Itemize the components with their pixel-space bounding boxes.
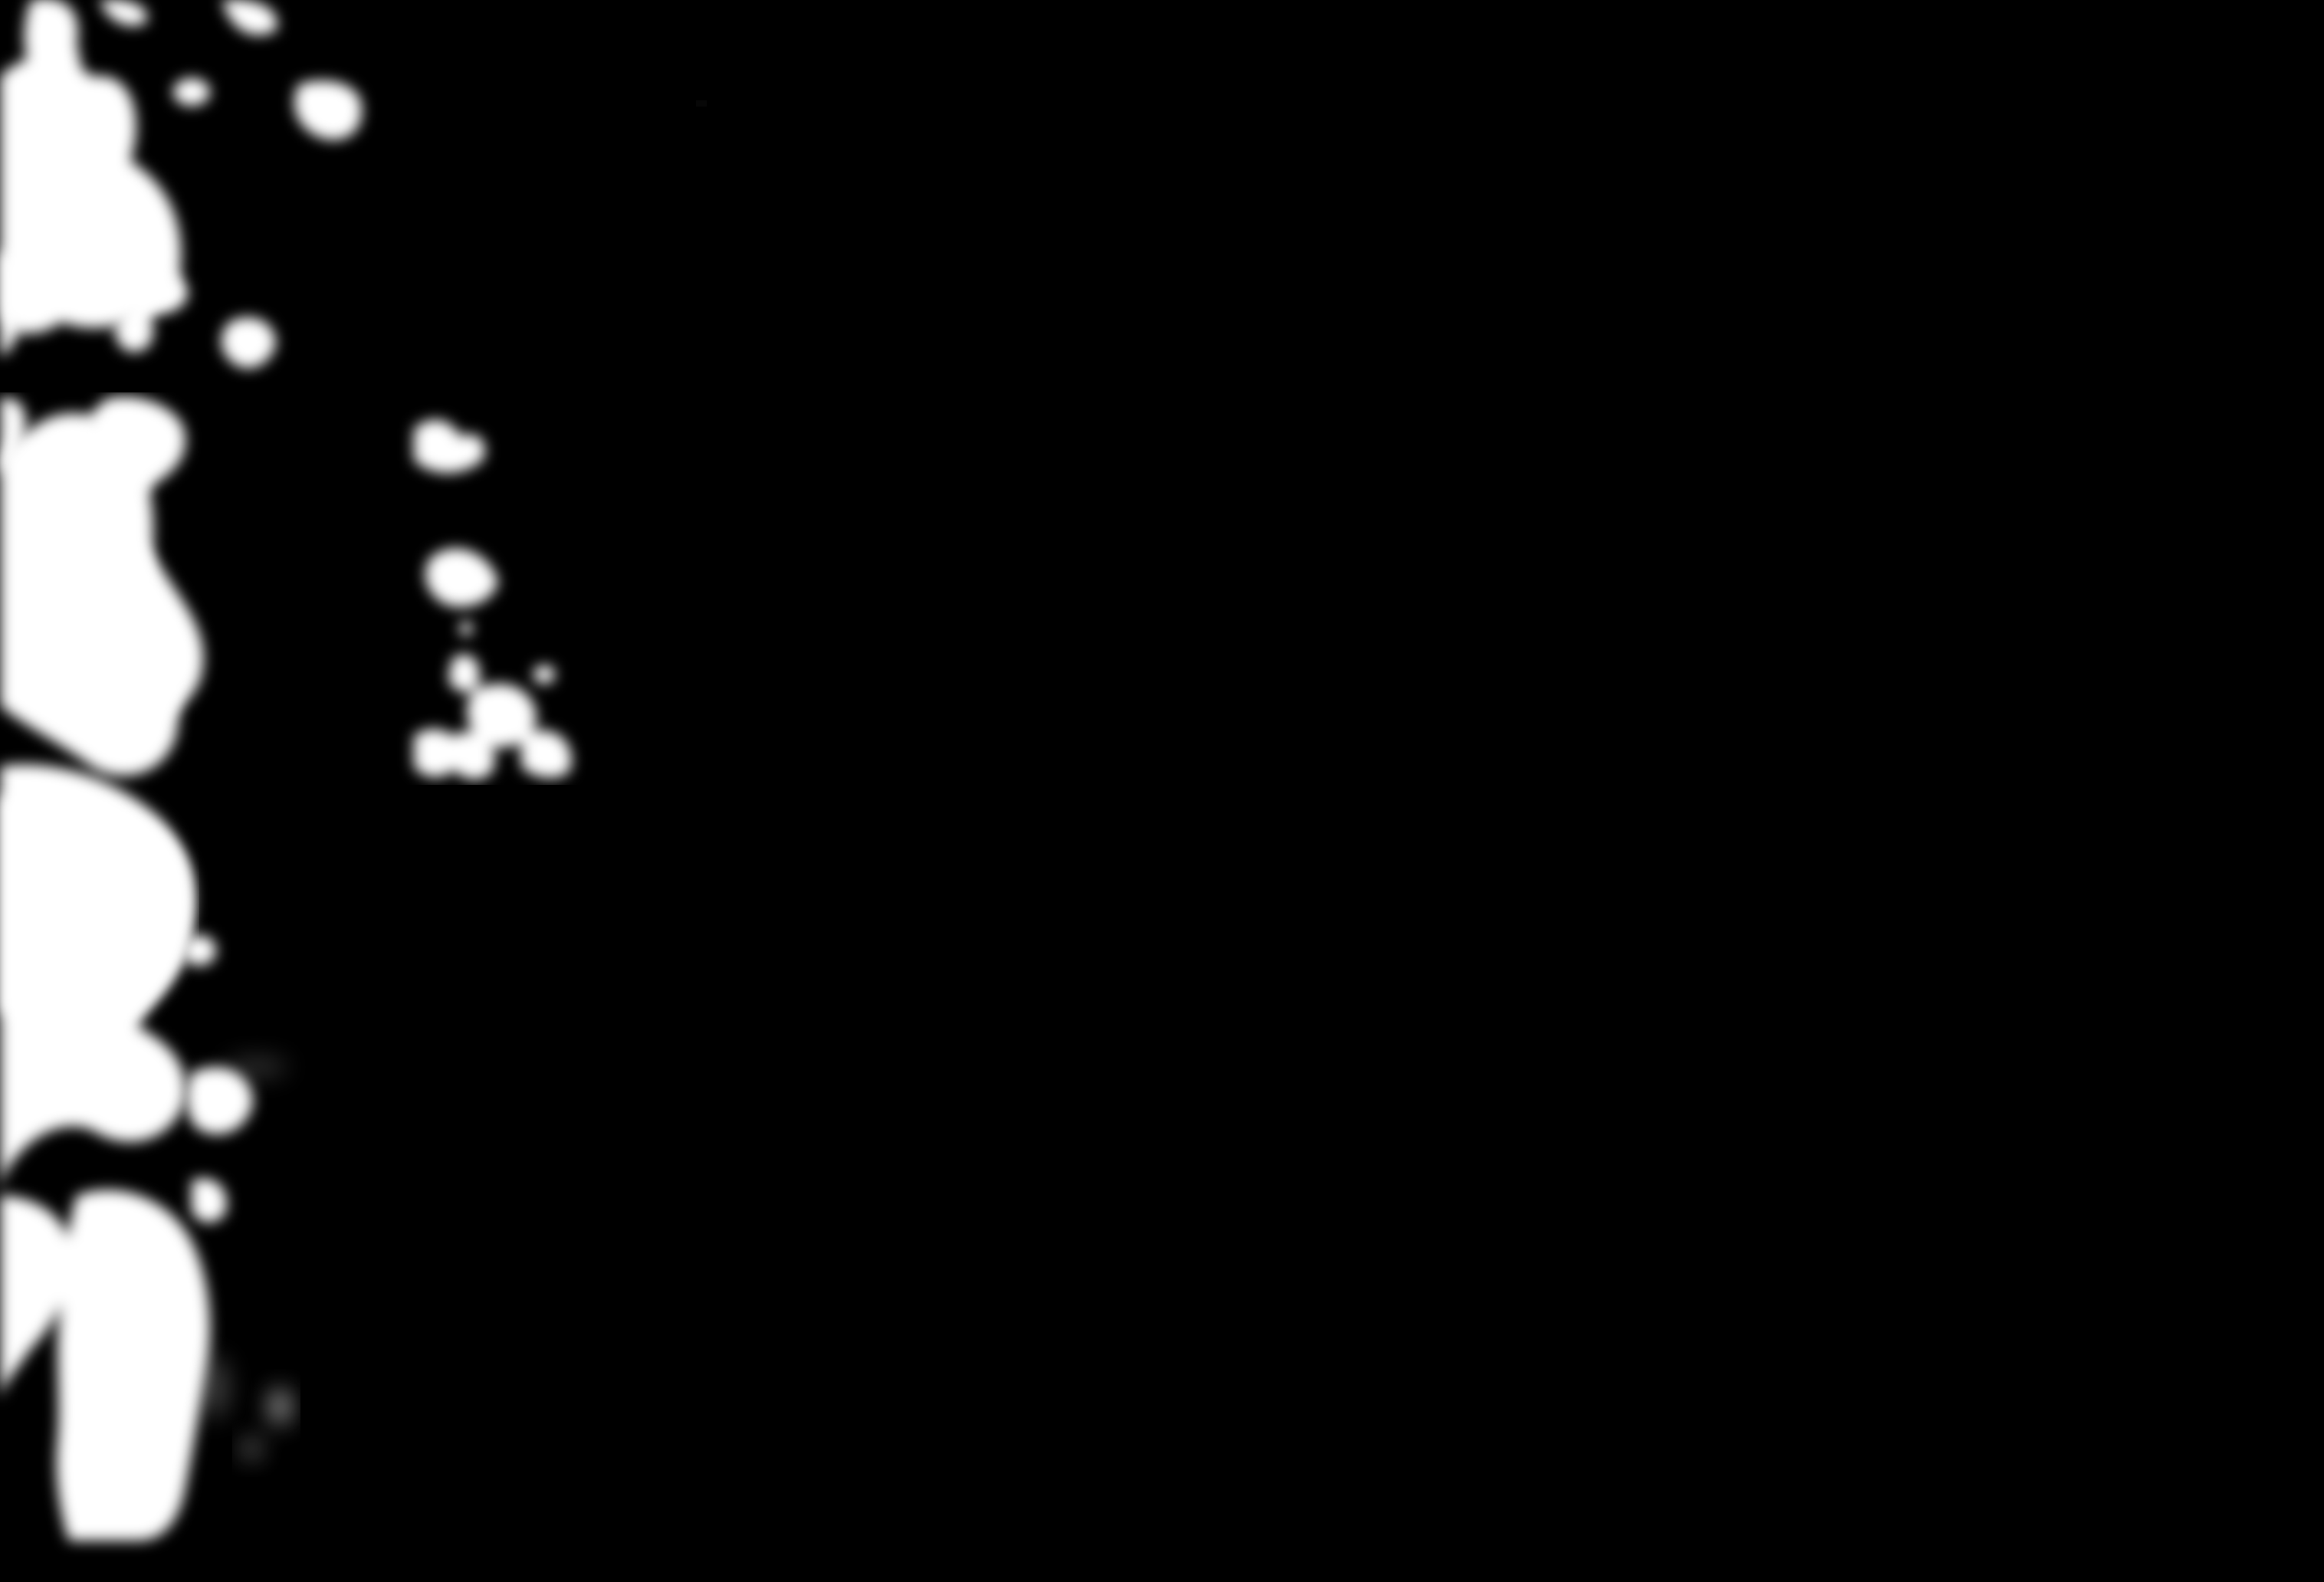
segmentation-mask: [0, 0, 2324, 1582]
image-canvas: White cloud-like blobs on a black backgr…: [0, 0, 2324, 1582]
background: [0, 0, 2324, 1582]
